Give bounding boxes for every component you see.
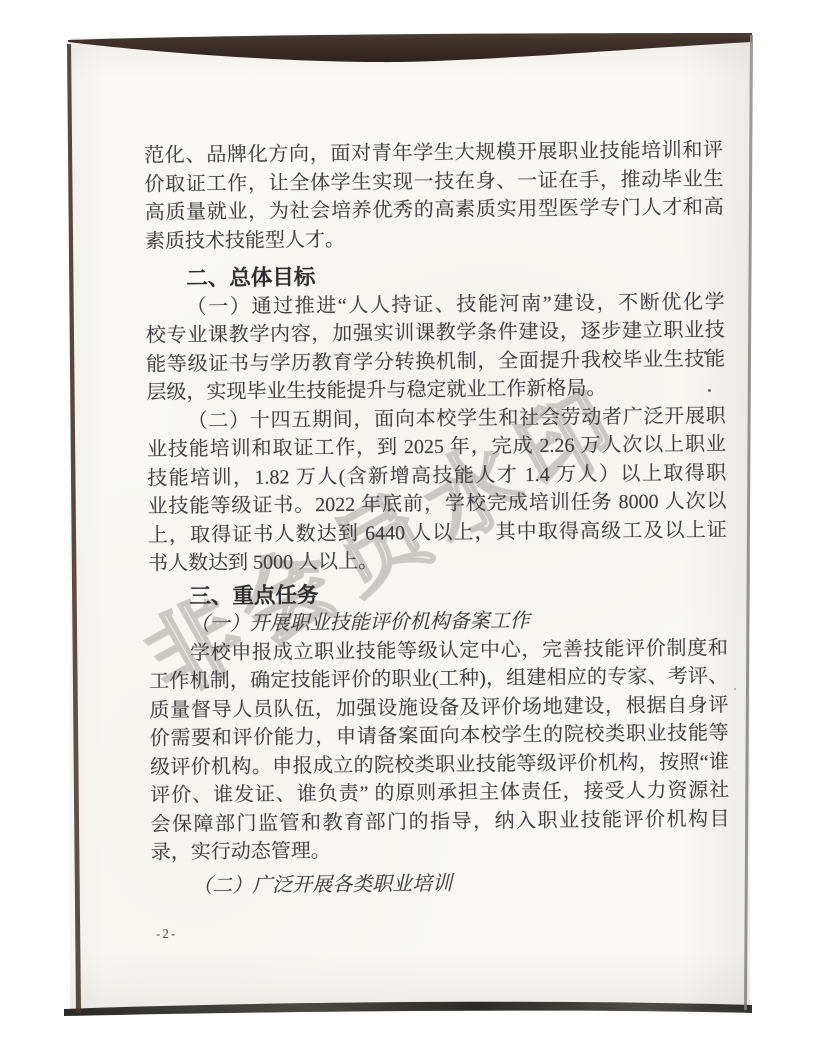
body-line: 会保障部门监管和教育部门的指导，纳入职业技能评价机构目: [150, 805, 729, 839]
body-line: 高质量就业，为社会培养优秀的高素质实用型医学专门人才和高: [145, 193, 724, 227]
scan-speck: [708, 389, 711, 392]
body-line: 素质技术技能型人才。: [145, 222, 724, 256]
body-line: 书人数达到 5000 人以上。: [148, 544, 727, 578]
scanned-document-page: 非会员水印 范化、品牌化方向，面对青年学生大规模开展职业技能培训和评 价取证工作…: [0, 0, 816, 1056]
body-line: 能等级证书与学历教育学分转换机制，全面提升我校毕业生技能: [146, 345, 725, 379]
scan-speck: [704, 351, 707, 354]
body-line: 上，取得证书人数达到 6440 人以上，其中取得高级工及以上证: [148, 516, 727, 550]
subsection-heading: （二）广泛开展各类职业培训: [151, 867, 730, 901]
body-line: 录，实行动态管理。: [151, 833, 730, 867]
scan-speck: [734, 688, 736, 690]
document-body: 范化、品牌化方向，面对青年学生大规模开展职业技能培训和评 价取证工作，让全体学生…: [144, 136, 730, 901]
page-number: -2-: [156, 926, 177, 942]
